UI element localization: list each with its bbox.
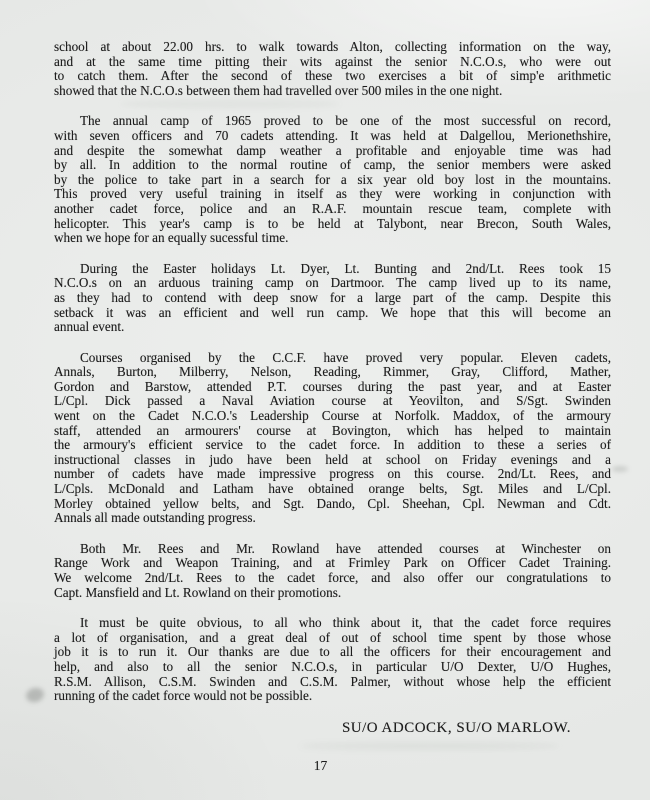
signature-line: SU/O ADCOCK, SU/O MARLOW. — [54, 720, 611, 736]
text-line: to catch them. After the second of these… — [54, 69, 611, 84]
text-line: annual event. — [54, 320, 611, 335]
text-line: job it is to run it. Our thanks are due … — [54, 645, 611, 660]
text-line: and at the same time pitting their wits … — [54, 55, 611, 70]
text-line: showed that the N.C.O.s between them had… — [54, 84, 611, 99]
scan-stain — [612, 466, 628, 472]
text-line: This proved very useful training in itse… — [54, 187, 611, 202]
text-line: Annals, Burton, Milberry, Nelson, Readin… — [54, 365, 611, 380]
text-line: Courses organised by the C.C.F. have pro… — [54, 351, 611, 366]
text-line: a lot of organisation, and a great deal … — [54, 631, 611, 646]
text-line: Range Work and Weapon Training, and at F… — [54, 556, 611, 571]
paragraph: Both Mr. Rees and Mr. Rowland have atten… — [54, 542, 611, 600]
text-line: Gordon and Barstow, attended P.T. course… — [54, 380, 611, 395]
text-line: It must be quite obvious, to all who thi… — [54, 616, 611, 631]
text-line: instructional classes in judo have been … — [54, 453, 611, 468]
text-line: During the Easter holidays Lt. Dyer, Lt.… — [54, 262, 611, 277]
text-line: L/Cpls. McDonald and Latham have obtaine… — [54, 482, 611, 497]
paragraph: It must be quite obvious, to all who thi… — [54, 616, 611, 704]
text-line: and despite the somewhat damp weather a … — [54, 144, 611, 159]
paragraph: During the Easter holidays Lt. Dyer, Lt.… — [54, 262, 611, 335]
paragraphs-host: school at about 22.00 hrs. to walk towar… — [54, 40, 611, 704]
text-line: running of the cadet force would not be … — [54, 689, 611, 704]
text-line: help, and also to all the senior N.C.O.s… — [54, 660, 611, 675]
scanned-document-page: school at about 22.00 hrs. to walk towar… — [0, 0, 650, 800]
text-line: another cadet force, police and an R.A.F… — [54, 202, 611, 217]
text-line: We welcome 2nd/Lt. Rees to the cadet for… — [54, 571, 611, 586]
text-line: school at about 22.00 hrs. to walk towar… — [54, 40, 611, 55]
text-line: Both Mr. Rees and Mr. Rowland have atten… — [54, 542, 611, 557]
text-line: with seven officers and 70 cadets attend… — [54, 129, 611, 144]
text-line: as they had to contend with deep snow fo… — [54, 291, 611, 306]
text-line: when we hope for an equally sucessful ti… — [54, 231, 611, 246]
text-line: Morley obtained yellow belts, and Sgt. D… — [54, 497, 611, 512]
text-line: by all. In addition to the normal routin… — [54, 158, 611, 173]
text-line: number of cadets have made impressive pr… — [54, 467, 611, 482]
text-line: went on the Cadet N.C.O.'s Leadership Co… — [54, 409, 611, 424]
text-line: N.C.O.s on an arduous training camp on D… — [54, 276, 611, 291]
paragraph: The annual camp of 1965 proved to be one… — [54, 114, 611, 245]
paragraph: school at about 22.00 hrs. to walk towar… — [54, 40, 611, 98]
text-line: helicopter. This year's camp is to be he… — [54, 217, 611, 232]
paragraph: Courses organised by the C.C.F. have pro… — [54, 351, 611, 526]
text-line: R.S.M. Allison, C.S.M. Swinden and C.S.M… — [54, 675, 611, 690]
page-number: 17 — [54, 758, 611, 774]
text-line: staff, attended an armourers' course at … — [54, 424, 611, 439]
text-line: L/Cpl. Dick passed a Naval Aviation cour… — [54, 394, 611, 409]
text-line: The annual camp of 1965 proved to be one… — [54, 114, 611, 129]
text-line: Capt. Mansfield and Lt. Rowland on their… — [54, 586, 611, 601]
text-line: Annals all made outstanding progress. — [54, 511, 611, 526]
text-line: by the police to take part in a search f… — [54, 173, 611, 188]
ink-smudge — [24, 686, 45, 704]
text-line: the armoury's efficient service to the c… — [54, 438, 611, 453]
text-column: school at about 22.00 hrs. to walk towar… — [54, 40, 611, 774]
text-line: setback it was an efficient and well run… — [54, 306, 611, 321]
